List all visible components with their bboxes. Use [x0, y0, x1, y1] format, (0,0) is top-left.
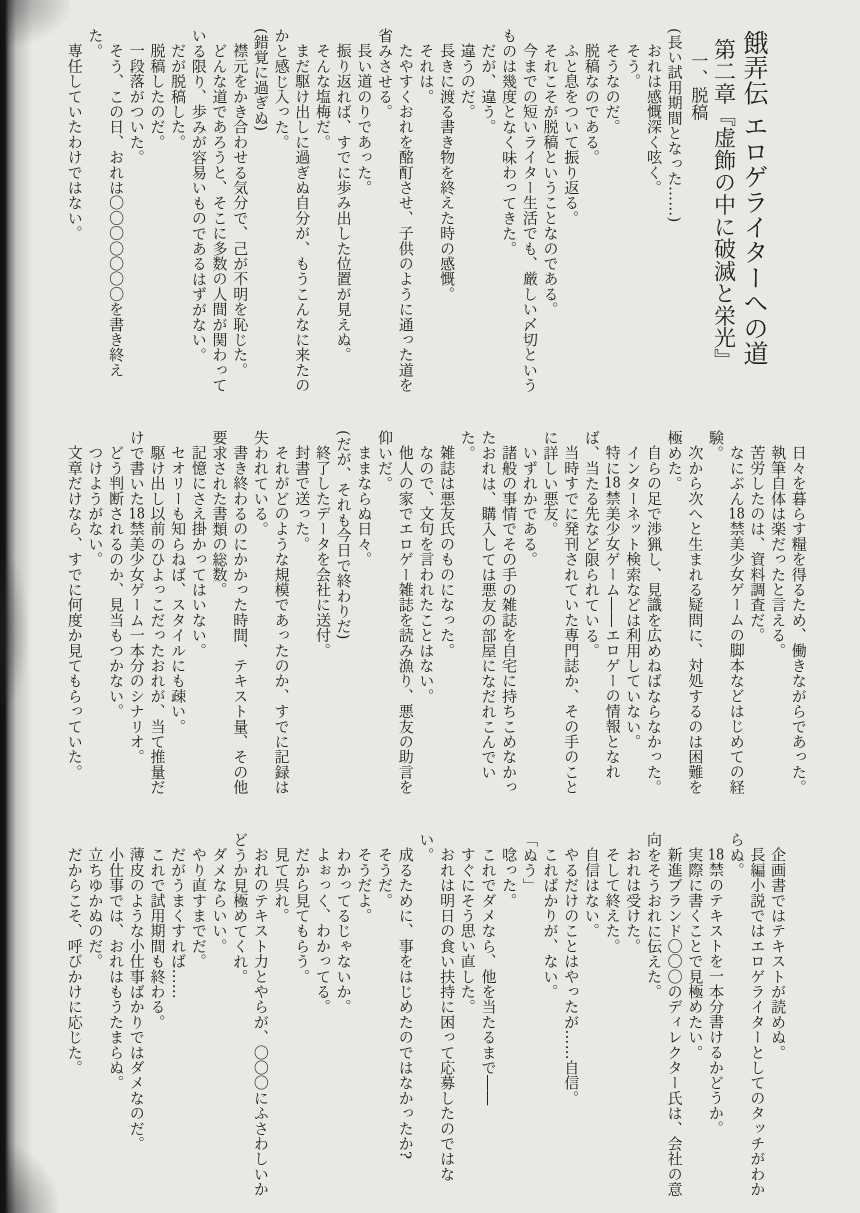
text-line: おれは明日の食い扶持に困って応募したのではない。 [416, 832, 457, 1210]
text-line: 見て呉れ。 [271, 832, 292, 1210]
text-line: だからこそ、呼びかけに応じた。 [64, 832, 85, 1210]
text-line: だが脱稿した。 [167, 28, 188, 406]
text-line: そう、この日、おれは〇〇〇〇〇〇〇を書き終えた。 [85, 28, 126, 406]
text-line: 他人の家でエロゲー雑誌を読み漁り、悪友の助言を仰いだ。 [374, 430, 415, 808]
text-line: そうだ。 [374, 832, 395, 1210]
scan-corner-shadow-top [0, 0, 70, 46]
text-line: よぉっく、わかってる。 [312, 832, 333, 1210]
text-band-middle: 日々を暮らす糧を得るため、働きながらであった。執筆自体は楽だったと言える。苦労し… [64, 430, 809, 808]
text-line: 実際に書くことで見極めたい。 [685, 832, 706, 1210]
text-line: セオリーも知らねば、スタイルにも疎い。 [167, 430, 188, 808]
text-line: 自らの足で渉猟し、見識を広めねばならなかった。 [643, 430, 664, 808]
text-line: 成るために、事をはじめたのではなかったか? [395, 832, 416, 1210]
text-line: 一段落がついた。 [126, 28, 147, 406]
text-line: これでダメなら、他を当たるまで―― [478, 832, 499, 1210]
text-line: 次から次へと生まれる疑問に、対処するのは困難を極めた。 [664, 430, 705, 808]
scan-smudge [0, 545, 30, 715]
text-line: 違うのだ。 [457, 28, 478, 406]
text-line: 専任していたわけではない。 [64, 28, 85, 406]
text-line: そう。 [623, 28, 644, 406]
text-line: こればかりが、ない。 [540, 832, 561, 1210]
text-line: 「ぬう」 [519, 832, 540, 1210]
text-line: 脱稿なのである。 [581, 28, 602, 406]
text-line: 自信はない。 [581, 832, 602, 1210]
text-line: それこそが脱稿ということなのである。 [540, 28, 561, 406]
text-line: 長きに渡る書き物を終えた時の感慨。 [436, 28, 457, 406]
text-line: どんな道であろうと、そこに多数の人間が関わっている限り、歩みが容易いものであるは… [188, 28, 229, 406]
text-line: 日々を暮らす糧を得るため、働きながらであった。 [788, 430, 809, 808]
text-line: 記憶にさえ掛かってはいない。 [188, 430, 209, 808]
tate-chu-yoko-digits: 18 [604, 475, 622, 490]
text-line: それがどのような規模であったのか、すでに記録は失われている。 [250, 430, 291, 808]
text-line: やるだけのことはやったが……自信。 [561, 832, 582, 1210]
text-line: 企画書ではテキストが読めぬ。 [767, 832, 788, 1210]
scan-corner-shadow-bottom [0, 1143, 60, 1213]
text-line: 諸般の事情でその手の雑誌を自宅に持ちこめなかったおれは、購入しては悪友の部屋にな… [457, 430, 519, 808]
text-line: いずれかである。 [519, 430, 540, 808]
text-line: たやすくおれを酩酊させ、子供のように通った道を省みさせる。 [374, 28, 415, 406]
text-line: 駆け出し以前のひよっこだったおれが、当て推量だけで書いた18禁美少女ゲーム一本分… [126, 430, 167, 808]
text-line: 文章だけなら、すでに何度か見てもらっていた。 [64, 430, 85, 808]
book-title: 餓弄伝 エロゲライターへの道 [737, 28, 770, 406]
text-line: 今までの短いライター生活でも、厳しい〆切というものは幾度となく味わってきた。 [498, 28, 539, 406]
text-line: それは。 [416, 28, 437, 406]
text-line: 新進ブランド〇〇〇のディレクター氏は、会社の意向をそうおれに伝えた。 [643, 832, 684, 1210]
text-line: 薄皮のような小仕事ばかりではダメなのだ。 [126, 832, 147, 1210]
text-line: 当時すでに発刊されていた専門誌か、その手のことに詳しい悪友。 [540, 430, 581, 808]
text-line: ふと息をついて振り返る。 [561, 28, 582, 406]
text-line: どう判断されるのか、見当もつかない。 [105, 430, 126, 808]
section-heading: 一、脱稿 [685, 28, 709, 406]
text-line: ダメならいい。 [209, 832, 230, 1210]
text-line: 書き終わるのにかかった時間、テキスト量、その他要求された書類の総数。 [209, 430, 250, 808]
text-line: なにぶん18禁美少女ゲームの脚本などはじめての経験。 [705, 430, 746, 808]
text-line: (錯覚に過ぎぬ) [250, 28, 271, 406]
text-line: わかってるじゃないか。 [333, 832, 354, 1210]
text-line: おれは感慨深く呟く。 [643, 28, 664, 406]
text-line: 終了したデータを会社に送付。 [312, 430, 333, 808]
text-line: そんな塩梅だ。 [312, 28, 333, 406]
text-line: つけようがない。 [85, 430, 106, 808]
text-line: そうだよ。 [354, 832, 375, 1210]
text-line: (だが、それも今日で終わりだ) [333, 430, 354, 808]
text-line: 18禁のテキストを一本分書けるかどうか。 [705, 832, 726, 1210]
text-line: ままならぬ日々。 [354, 430, 375, 808]
text-line: これで試用期間も終わる。 [147, 832, 168, 1210]
text-line: 封書で送った。 [292, 430, 313, 808]
text-line: なので、文句を言われたことはない。 [416, 430, 437, 808]
text-line: 雑誌は悪友氏のものになった。 [436, 430, 457, 808]
tate-chu-yoko-digits: 18 [728, 506, 746, 521]
page-content: 餓弄伝 エロゲライターへの道 第二章『虚飾の中に破滅と栄光』 一、脱稿 (長い試… [64, 28, 832, 1210]
chapter-title: 第二章『虚飾の中に破滅と栄光』 [708, 28, 737, 406]
text-line: 襟元をかき合わせる気分で、己が不明を恥じた。 [230, 28, 251, 406]
text-line: (長い試用期間となった……) [664, 28, 685, 406]
tate-chu-yoko-digits: 18 [707, 847, 725, 862]
text-line: 脱稿したのだ。 [147, 28, 168, 406]
text-line: 小仕事では、おれはもうたまらぬ。 [105, 832, 126, 1210]
text-line: 唸った。 [498, 832, 519, 1210]
text-line: そうなのだ。 [602, 28, 623, 406]
text-line: やり直すまでだ。 [188, 832, 209, 1210]
text-line: すぐにそう思い直した。 [457, 832, 478, 1210]
text-line: 長い道のりであった。 [354, 28, 375, 406]
text-line: 特に18禁美少女ゲーム――エロゲーの情報となれば、当たる先など限られている。 [581, 430, 622, 808]
text-line: だが、違う。 [478, 28, 499, 406]
tate-chu-yoko-digits: 18 [128, 506, 146, 521]
text-line: 振り返れば、すでに歩み出した位置が見えぬ。 [333, 28, 354, 406]
text-line: 執筆自体は楽だったと言える。 [767, 430, 788, 808]
text-line: インターネット検索などは利用していない。 [623, 430, 644, 808]
text-line: そして終えた。 [602, 832, 623, 1210]
text-line: 苦労したのは、資料調査だ。 [747, 430, 768, 808]
text-line: 長編小説ではエロゲライターとしてのタッチがわからぬ。 [726, 832, 767, 1210]
text-line: 立ちゆかぬのだ。 [85, 832, 106, 1210]
text-line: だから見てもらう。 [292, 832, 313, 1210]
scanned-page: 餓弄伝 エロゲライターへの道 第二章『虚飾の中に破滅と栄光』 一、脱稿 (長い試… [0, 0, 860, 1213]
text-band-top: 餓弄伝 エロゲライターへの道 第二章『虚飾の中に破滅と栄光』 一、脱稿 (長い試… [64, 28, 770, 406]
text-line: おれのテキスト力とやらが、〇〇〇にふさわしいかどうか見極めてくれ。 [230, 832, 271, 1210]
text-line: まだ駆け出しに過ぎぬ自分が、もうこんなに来たのかと感じ入った。 [271, 28, 312, 406]
text-line: おれは受けた。 [623, 832, 644, 1210]
text-band-bottom: 企画書ではテキストが読めぬ。長編小説ではエロゲライターとしてのタッチがわからぬ。… [64, 832, 788, 1210]
text-line: だがうまくすれば…… [167, 832, 188, 1210]
